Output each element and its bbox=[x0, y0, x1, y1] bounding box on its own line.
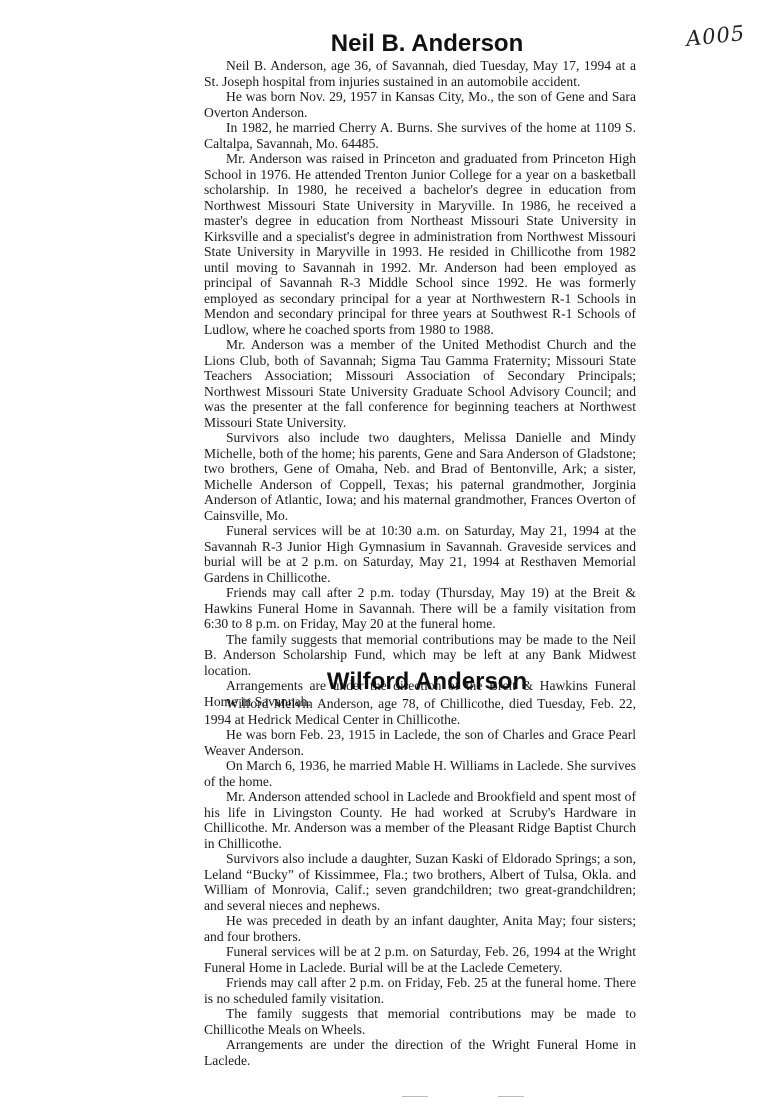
paragraph: Survivors also include a daughter, Suzan… bbox=[204, 851, 636, 913]
paragraph: Mr. Anderson was raised in Princeton and… bbox=[204, 151, 636, 337]
paragraph: Mr. Anderson was a member of the United … bbox=[204, 337, 636, 430]
paragraph: On March 6, 1936, he married Mable H. Wi… bbox=[204, 758, 636, 789]
paragraph: Arrangements are under the direction of … bbox=[204, 1037, 636, 1068]
obituary-body: Neil B. Anderson, age 36, of Savannah, d… bbox=[204, 58, 636, 709]
paragraph: Friends may call after 2 p.m. today (Thu… bbox=[204, 585, 636, 632]
handwritten-page-id: A005 bbox=[685, 21, 746, 51]
paragraph: In 1982, he married Cherry A. Burns. She… bbox=[204, 120, 636, 151]
paragraph: Friends may call after 2 p.m. on Friday,… bbox=[204, 975, 636, 1006]
paragraph: He was preceded in death by an infant da… bbox=[204, 913, 636, 944]
paragraph: Funeral services will be at 2 p.m. on Sa… bbox=[204, 944, 636, 975]
obituary-wilford-anderson: Wilford Anderson Wilford Melvin Anderson… bbox=[204, 668, 636, 1068]
obituary-title: Neil B. Anderson bbox=[204, 30, 636, 58]
paragraph: Funeral services will be at 10:30 a.m. o… bbox=[204, 523, 636, 585]
paragraph: Neil B. Anderson, age 36, of Savannah, d… bbox=[204, 58, 636, 89]
paragraph: The family suggests that memorial contri… bbox=[204, 1006, 636, 1037]
paragraph: He was born Feb. 23, 1915 in Laclede, th… bbox=[204, 727, 636, 758]
obituary-body: Wilford Melvin Anderson, age 78, of Chil… bbox=[204, 696, 636, 1068]
paragraph: Mr. Anderson attended school in Laclede … bbox=[204, 789, 636, 851]
scan-artifact-marks bbox=[392, 1096, 532, 1098]
obituary-neil-anderson: Neil B. Anderson Neil B. Anderson, age 3… bbox=[204, 30, 636, 709]
paragraph: He was born Nov. 29, 1957 in Kansas City… bbox=[204, 89, 636, 120]
obituary-title: Wilford Anderson bbox=[204, 668, 636, 696]
paragraph: Wilford Melvin Anderson, age 78, of Chil… bbox=[204, 696, 636, 727]
paragraph: Survivors also include two daughters, Me… bbox=[204, 430, 636, 523]
